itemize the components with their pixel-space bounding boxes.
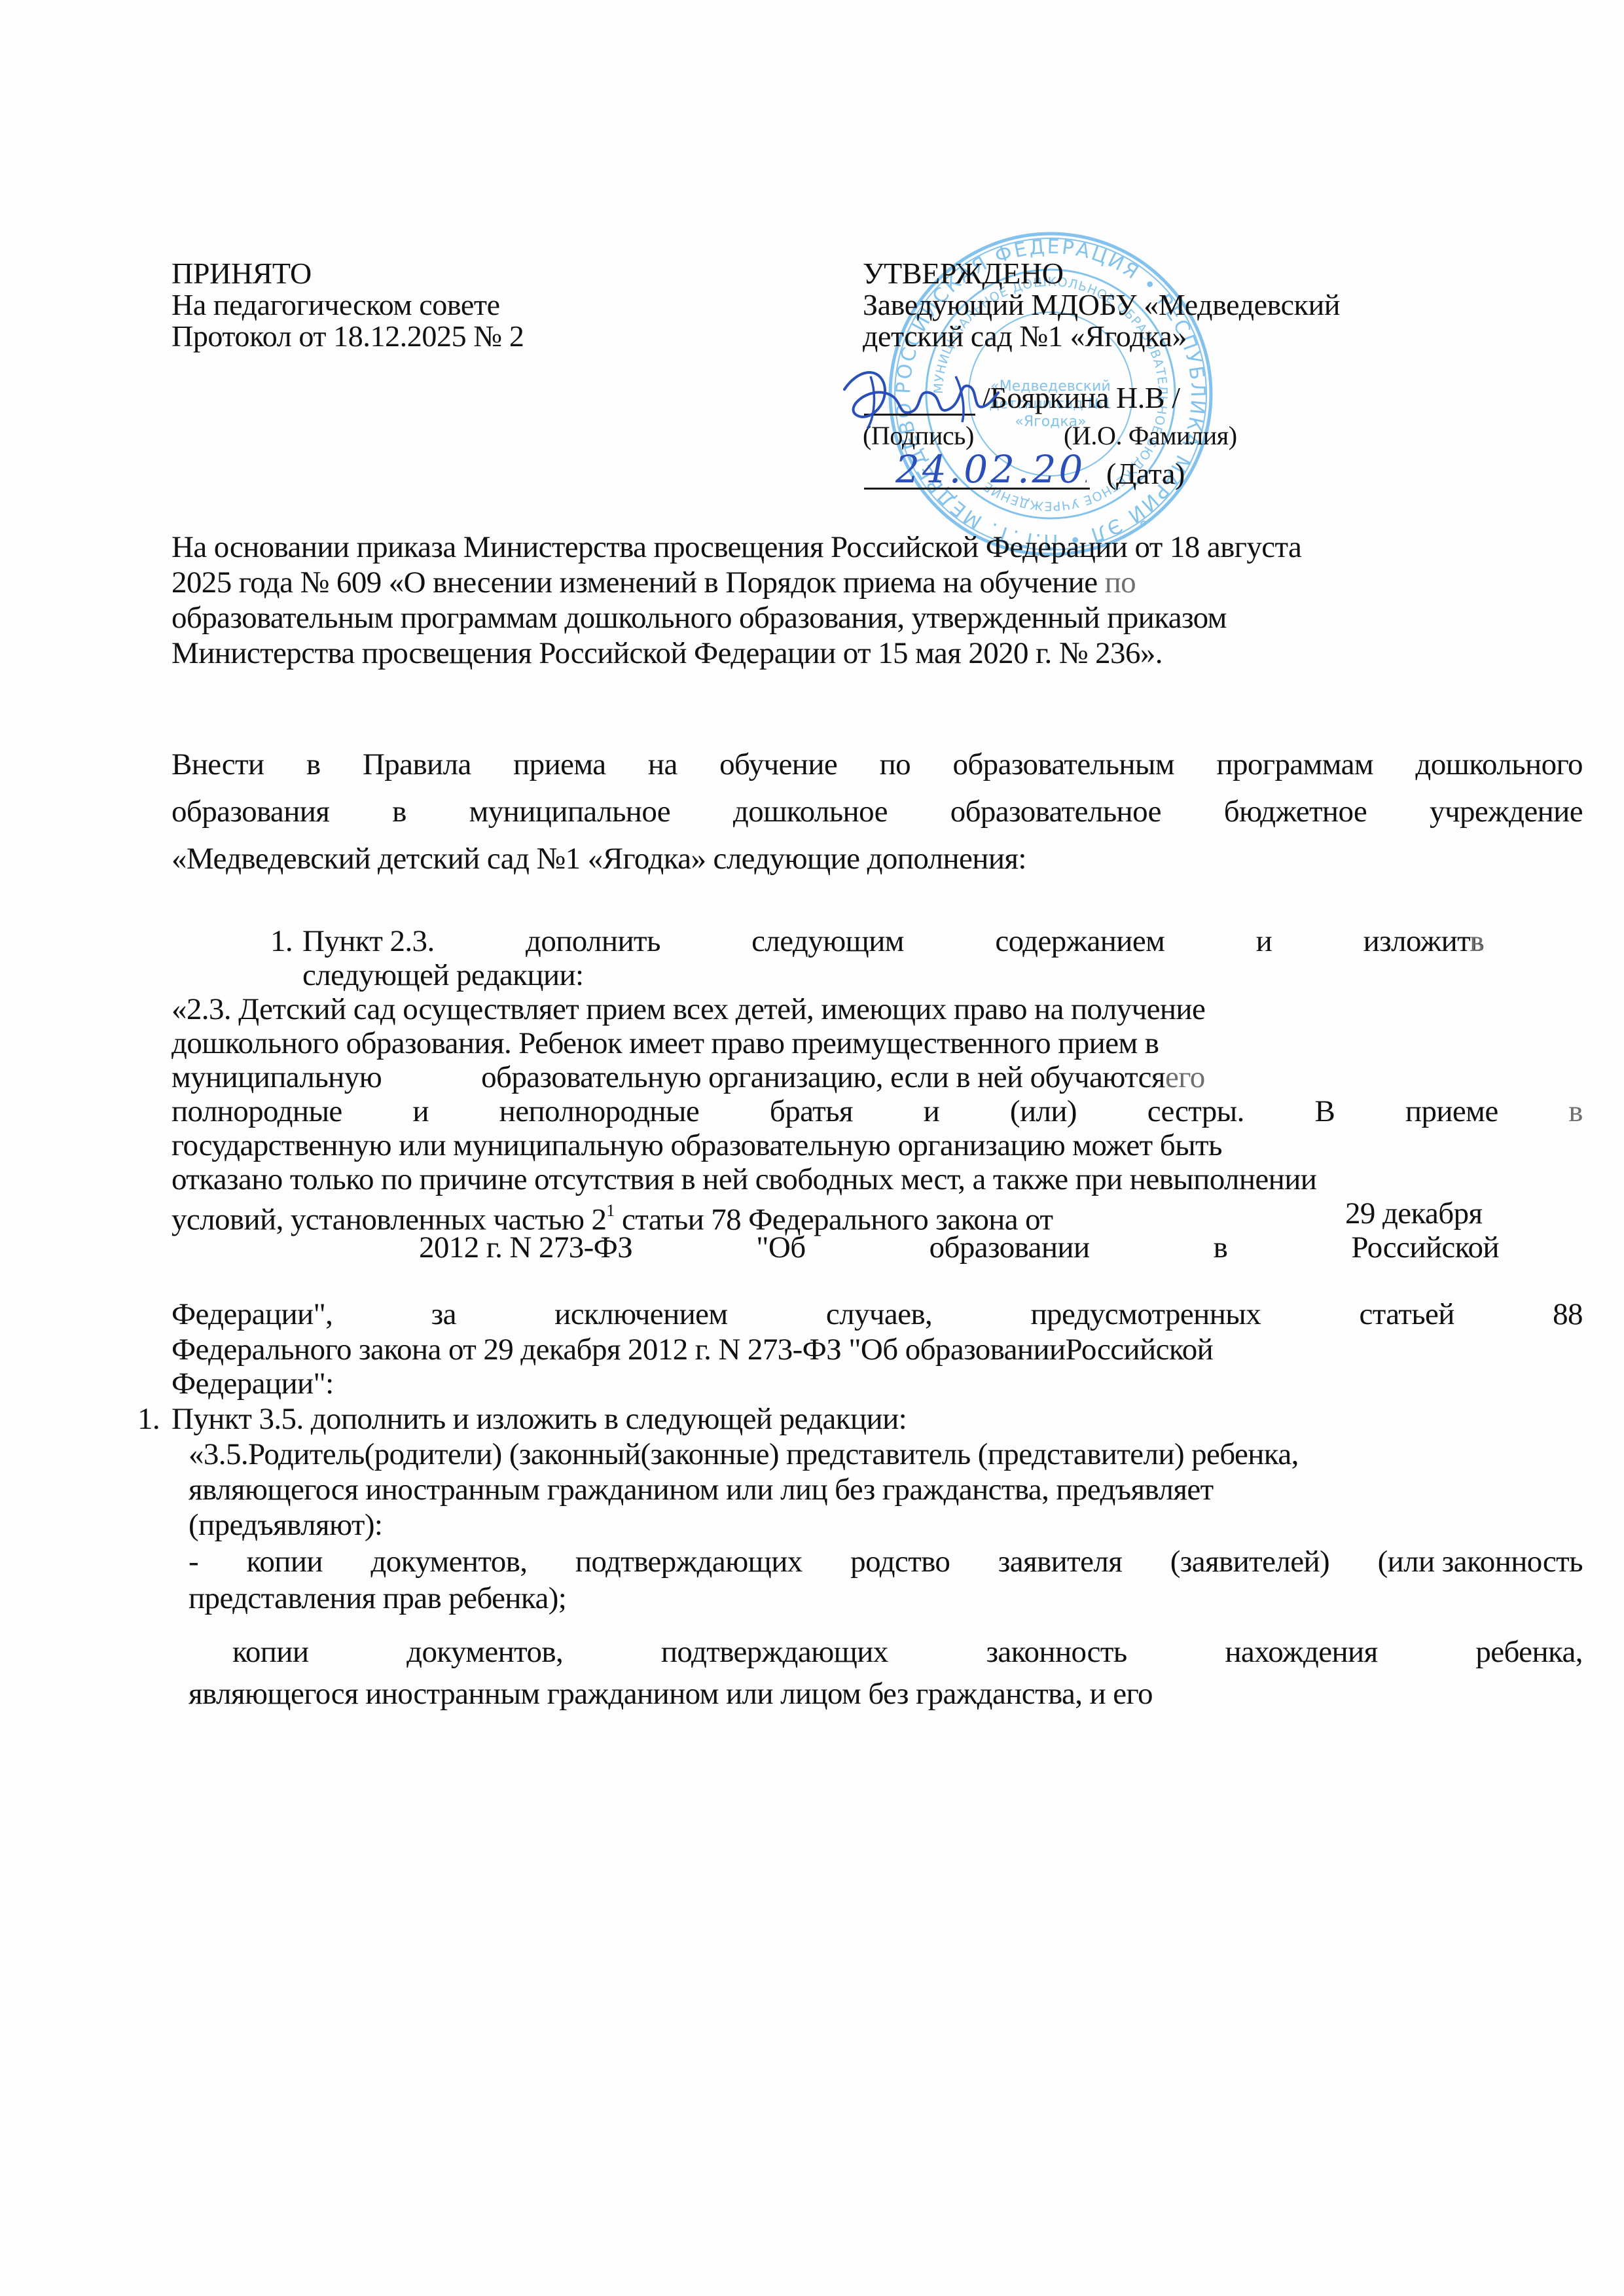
intro-line: ВнестивПравилаприеманаобучениепообразова… — [171, 746, 1583, 783]
clause-line: «3.5.Родитель(родители) (законный(законн… — [189, 1436, 1299, 1473]
clause-line: государственную или муниципальную образо… — [171, 1127, 1222, 1164]
handwritten-date-icon: 24.02.2026 — [890, 442, 1087, 497]
list-number: 1. — [270, 923, 293, 960]
list-number: 1. — [137, 1401, 160, 1437]
clause-line: 2012 г. N 273-ФЗ"ОбобразованиивРоссийско… — [419, 1229, 1499, 1266]
kindergarten-name: детский сад №1 «Ягодка» — [863, 319, 1187, 353]
accepted-title: ПРИНЯТО — [171, 257, 312, 291]
amendment-heading: Пункт 3.5. дополнить и изложить в следую… — [171, 1401, 907, 1437]
clause-line: Федерации": — [171, 1365, 334, 1402]
amendment-heading: Пункт 2.3.дополнитьследующимсодержаниеми… — [302, 923, 1484, 960]
clause-line: (предъявляют): — [189, 1507, 382, 1543]
intro-line: образованиявмуниципальноедошкольноеобраз… — [171, 793, 1583, 830]
pedagogical-council-label: На педагогическом совете — [171, 288, 500, 322]
preamble-line: Министерства просвещения Российской Феде… — [171, 635, 1163, 672]
handwritten-signature-icon — [831, 363, 1001, 435]
clause-line: представления прав ребенка); — [189, 1580, 566, 1617]
name-caption: (И.О. Фамилия) — [1064, 419, 1237, 453]
clause-line: «2.3. Детский сад осуществляет прием все… — [171, 991, 1205, 1028]
clause-line: полнородныеинеполнородныебратьяи(или)сес… — [171, 1093, 1583, 1130]
svg-text:24.02.2026: 24.02.2026 — [895, 447, 1087, 492]
faint-word: по — [1105, 565, 1136, 600]
clause-line: муниципальнуюобразовательную организацию… — [171, 1059, 1415, 1096]
preamble-line: 2025 года № 609 «О внесении изменений в … — [171, 564, 1136, 601]
head-position: Заведующий МДОБУ «Медведевский — [863, 288, 1340, 322]
clause-line: Федерального закона от 29 декабря 2012 г… — [171, 1331, 1213, 1368]
protocol-line: Протокол от 18.12.2025 № 2 — [171, 319, 524, 353]
clause-line: отказано только по причине отсутствия в … — [171, 1161, 1316, 1198]
faint-word: в — [1470, 923, 1484, 960]
date-caption: (Дата) — [1106, 457, 1185, 491]
clause-line-tail: 29 декабря — [1345, 1195, 1483, 1232]
head-name: /Бояркина Н.В / — [982, 381, 1180, 415]
document-page: ПРИНЯТО На педагогическом совете Протоко… — [0, 0, 1624, 2296]
clause-line: дошкольного образования. Ребенок имеет п… — [171, 1025, 1159, 1062]
clause-line: -копиидокументов,подтверждающихродствоза… — [189, 1543, 1583, 1580]
intro-line: «Медведевский детский сад №1 «Ягодка» сл… — [171, 840, 1026, 877]
preamble-line: На основании приказа Министерства просве… — [171, 529, 1301, 565]
preamble-line: образовательным программам дошкольного о… — [171, 600, 1227, 636]
approved-title: УТВЕРЖДЕНО — [863, 257, 1064, 291]
clause-line: Федерации",заисключениемслучаев,предусмо… — [171, 1296, 1583, 1333]
clause-line: являющегося иностранным гражданином или … — [189, 1676, 1153, 1712]
clause-line: являющегося иностранным гражданином или … — [189, 1471, 1214, 1508]
clause-line: копиидокументов,подтверждающихзаконность… — [232, 1634, 1583, 1670]
amendment-heading-cont: следующей редакции: — [302, 957, 584, 994]
